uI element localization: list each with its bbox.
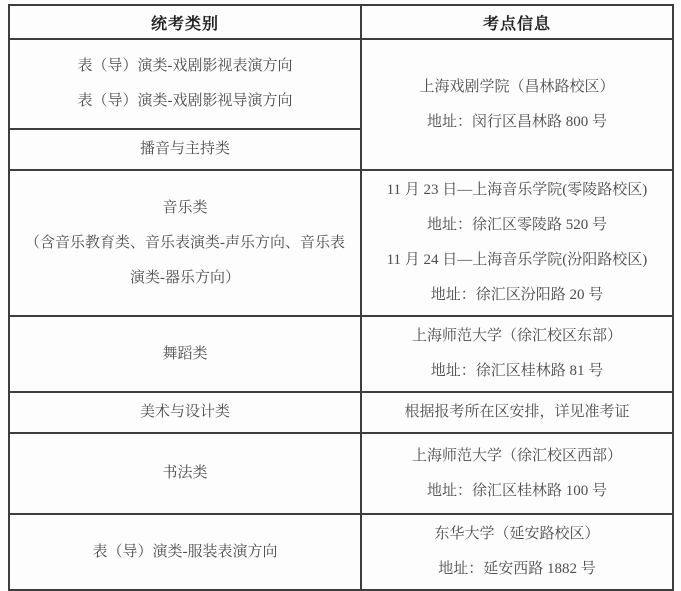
category-text: 表（导）演类-戏剧影视导演方向 <box>77 84 292 119</box>
venue-text: 11 月 24 日—上海音乐学院(汾阳路校区) <box>387 243 648 278</box>
venue-text: 11 月 23 日—上海音乐学院(零陵路校区) <box>387 173 648 208</box>
venue-text: 上海师范大学（徐汇校区西部） <box>412 439 622 474</box>
category-text: 舞蹈类 <box>162 337 207 372</box>
venue-cell: 上海戏剧学院（昌林路校区） 地址：闵行区昌林路 800 号 <box>361 39 673 170</box>
venue-text: 地址：徐汇区零陵路 520 号 <box>427 208 607 243</box>
category-text: （含音乐教育类、音乐表演类-声乐方向、音乐表演类-器乐方向） <box>18 226 352 296</box>
column-header-category: 统考类别 <box>9 5 361 39</box>
venue-text: 东华大学（延安路校区） <box>434 517 599 552</box>
category-cell: 播音与主持类 <box>9 129 361 170</box>
header-row: 统考类别 考点信息 <box>9 5 673 39</box>
table-row: 舞蹈类 上海师范大学（徐汇校区东部） 地址：徐汇区桂林路 81 号 <box>9 316 673 392</box>
exam-schedule-table: 统考类别 考点信息 表（导）演类-戏剧影视表演方向 表（导）演类-戏剧影视导演方… <box>8 4 674 591</box>
table-row: 书法类 上海师范大学（徐汇校区西部） 地址：徐汇区桂林路 100 号 <box>9 433 673 514</box>
category-cell: 舞蹈类 <box>9 316 361 392</box>
venue-cell: 上海师范大学（徐汇校区东部） 地址：徐汇区桂林路 81 号 <box>361 316 673 392</box>
venue-cell: 11 月 23 日—上海音乐学院(零陵路校区) 地址：徐汇区零陵路 520 号 … <box>361 170 673 316</box>
venue-text: 上海戏剧学院（昌林路校区） <box>419 70 614 105</box>
venue-text: 地址：徐汇区桂林路 81 号 <box>431 354 604 389</box>
venue-text: 地址：徐汇区桂林路 100 号 <box>427 474 607 509</box>
category-text: 播音与主持类 <box>140 132 230 167</box>
category-text: 表（导）演类-服装表演方向 <box>92 535 277 570</box>
category-cell: 表（导）演类-戏剧影视表演方向 表（导）演类-戏剧影视导演方向 <box>9 39 361 129</box>
category-cell: 音乐类 （含音乐教育类、音乐表演类-声乐方向、音乐表演类-器乐方向） <box>9 170 361 316</box>
category-text: 音乐类 <box>162 191 207 226</box>
category-cell: 书法类 <box>9 433 361 514</box>
category-text: 美术与设计类 <box>140 395 230 430</box>
venue-cell: 根据报考所在区安排，详见准考证 <box>361 392 673 433</box>
venue-text: 地址：闵行区昌林路 800 号 <box>427 105 607 140</box>
venue-text: 上海师范大学（徐汇校区东部） <box>412 319 622 354</box>
column-header-venue: 考点信息 <box>361 5 673 39</box>
venue-cell: 东华大学（延安路校区） 地址：延安西路 1882 号 <box>361 514 673 590</box>
category-cell: 美术与设计类 <box>9 392 361 433</box>
category-text: 表（导）演类-戏剧影视表演方向 <box>77 49 292 84</box>
table-row: 美术与设计类 根据报考所在区安排，详见准考证 <box>9 392 673 433</box>
venue-cell: 上海师范大学（徐汇校区西部） 地址：徐汇区桂林路 100 号 <box>361 433 673 514</box>
venue-text: 地址：徐汇区汾阳路 20 号 <box>431 278 604 313</box>
category-text: 书法类 <box>162 456 207 491</box>
document-page: 统考类别 考点信息 表（导）演类-戏剧影视表演方向 表（导）演类-戏剧影视导演方… <box>0 0 681 561</box>
table-row: 表（导）演类-服装表演方向 东华大学（延安路校区） 地址：延安西路 1882 号 <box>9 514 673 590</box>
venue-text: 根据报考所在区安排，详见准考证 <box>404 395 629 430</box>
table-row: 表（导）演类-戏剧影视表演方向 表（导）演类-戏剧影视导演方向 上海戏剧学院（昌… <box>9 39 673 129</box>
venue-text: 地址：延安西路 1882 号 <box>438 552 596 587</box>
table-row: 音乐类 （含音乐教育类、音乐表演类-声乐方向、音乐表演类-器乐方向） 11 月 … <box>9 170 673 316</box>
category-cell: 表（导）演类-服装表演方向 <box>9 514 361 590</box>
